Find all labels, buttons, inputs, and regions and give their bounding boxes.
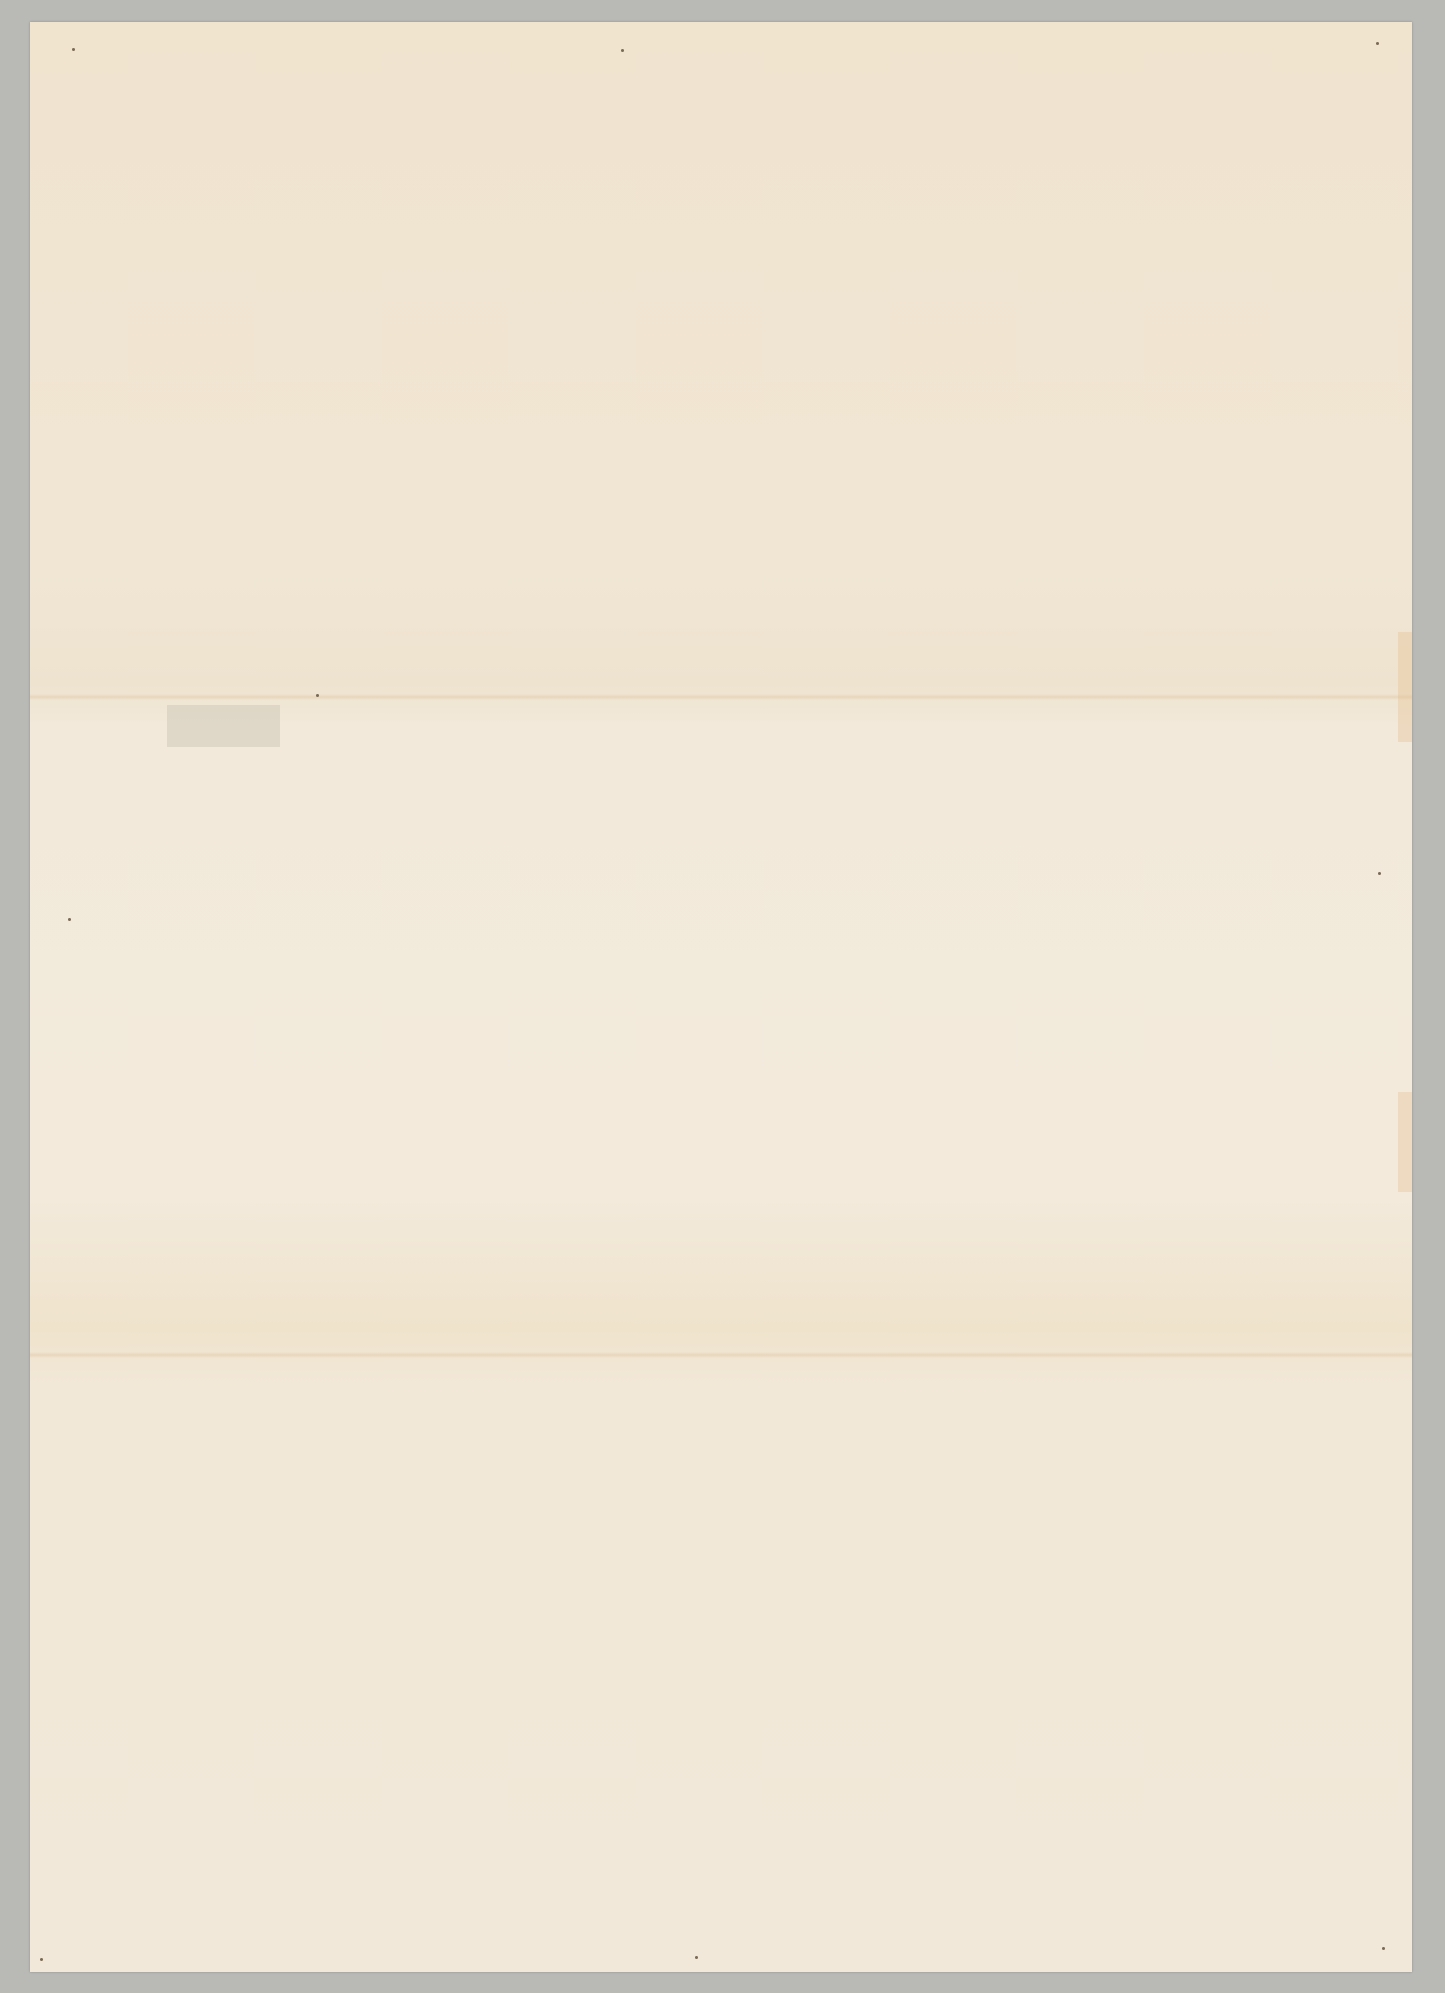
speck <box>1382 1947 1385 1950</box>
speck <box>72 48 75 51</box>
fold-line <box>30 694 1412 700</box>
speck <box>68 918 71 921</box>
speck <box>695 1956 698 1959</box>
speck <box>40 1958 43 1961</box>
edge-stain <box>1398 632 1412 742</box>
speck <box>316 694 319 697</box>
fold-line <box>30 1352 1412 1358</box>
speck <box>1378 872 1381 875</box>
edge-stain <box>1398 1092 1412 1192</box>
speck <box>1376 42 1379 45</box>
tape-residue <box>167 705 280 747</box>
blank-paper-sheet <box>30 22 1412 1972</box>
speck <box>621 49 624 52</box>
